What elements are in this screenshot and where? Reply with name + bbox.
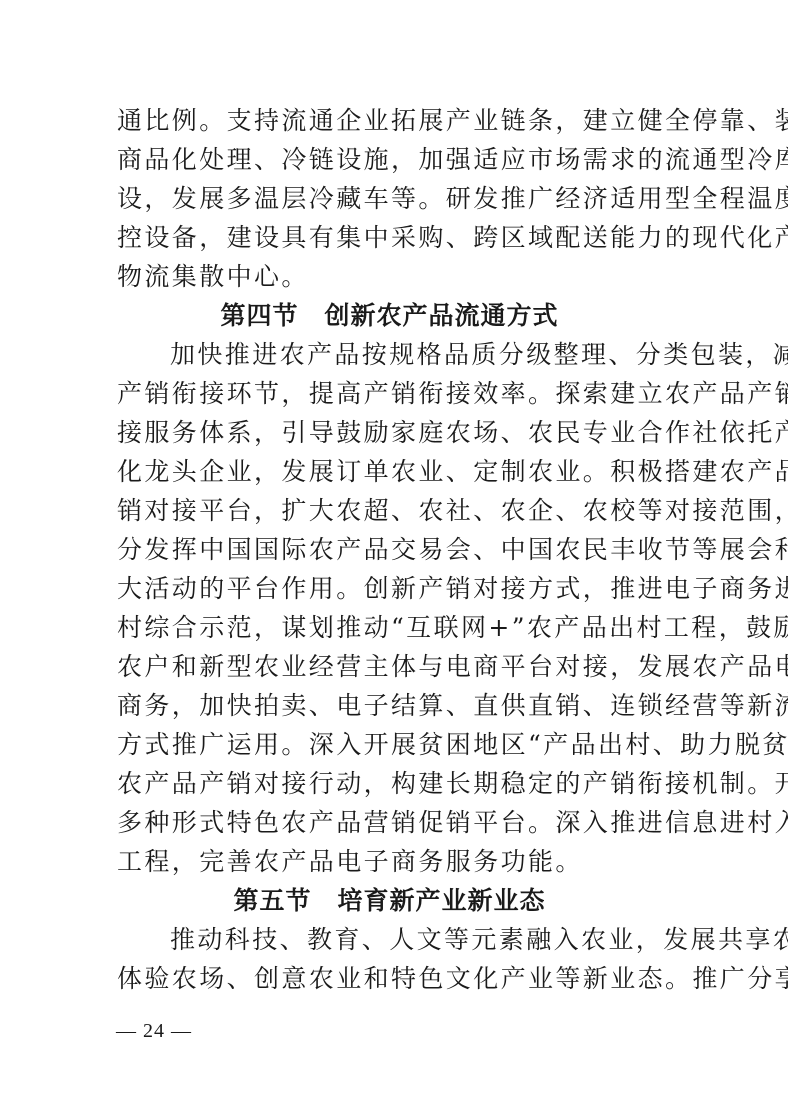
text-line: 加快推进农产品按规格品质分级整理、分类包装，减少 — [117, 335, 662, 374]
text-line: 产销衔接环节，提高产销衔接效率。探索建立农产品产销对 — [117, 374, 662, 413]
text-line: 化龙头企业，发展订单农业、定制农业。积极搭建农产品产 — [117, 452, 662, 491]
text-line: 销对接平台，扩大农超、农社、农企、农校等对接范围，充 — [117, 491, 662, 530]
text-line: 控设备，建设具有集中采购、跨区域配送能力的现代化产地 — [117, 218, 662, 257]
text-line: 物流集散中心。 — [117, 257, 662, 296]
text-line: 推动科技、教育、人文等元素融入农业，发展共享农庄、 — [117, 920, 662, 959]
text-line: 村综合示范，谋划推动“互联网+”农产品出村工程，鼓励小 — [117, 608, 662, 647]
document-body: 通比例。支持流通企业拓展产业链条，建立健全停靠、装卸、 商品化处理、冷链设施，加… — [117, 101, 662, 998]
text-line: 方式推广运用。深入开展贫困地区“产品出村、助力脱贫” — [117, 725, 662, 764]
page-number: — 24 — — [116, 1020, 192, 1043]
section-title: 创新农产品流通方式 — [325, 301, 559, 330]
text-line: 商品化处理、冷链设施，加强适应市场需求的流通型冷库建 — [117, 140, 662, 179]
text-line: 通比例。支持流通企业拓展产业链条，建立健全停靠、装卸、 — [117, 101, 662, 140]
paragraph-new-industries: 推动科技、教育、人文等元素融入农业，发展共享农庄、 体验农场、创意农业和特色文化… — [117, 920, 662, 998]
section-heading-4: 第四节创新农产品流通方式 — [117, 296, 662, 335]
text-line: 设，发展多温层冷藏车等。研发推广经济适用型全程温度监 — [117, 179, 662, 218]
text-line: 农户和新型农业经营主体与电商平台对接，发展农产品电子 — [117, 647, 662, 686]
text-line: 大活动的平台作用。创新产销对接方式，推进电子商务进农 — [117, 569, 662, 608]
text-line: 分发挥中国国际农产品交易会、中国农民丰收节等展会和重 — [117, 530, 662, 569]
paragraph-cold-chain: 通比例。支持流通企业拓展产业链条，建立健全停靠、装卸、 商品化处理、冷链设施，加… — [117, 101, 662, 296]
section-number: 第五节 — [233, 886, 311, 915]
paragraph-innovate-circulation: 加快推进农产品按规格品质分级整理、分类包装，减少 产销衔接环节，提高产销衔接效率… — [117, 335, 662, 881]
section-heading-5: 第五节培育新产业新业态 — [117, 881, 662, 920]
text-line: 工程，完善农产品电子商务服务功能。 — [117, 842, 662, 881]
text-line: 农产品产销对接行动，构建长期稳定的产销衔接机制。开发 — [117, 764, 662, 803]
section-title: 培育新产业新业态 — [338, 886, 546, 915]
text-line: 商务，加快拍卖、电子结算、直供直销、连锁经营等新流通 — [117, 686, 662, 725]
text-line: 接服务体系，引导鼓励家庭农场、农民专业合作社依托产业 — [117, 413, 662, 452]
text-line: 多种形式特色农产品营销促销平台。深入推进信息进村入户 — [117, 803, 662, 842]
text-line: 体验农场、创意农业和特色文化产业等新业态。推广分享农 — [117, 959, 662, 998]
section-number: 第四节 — [220, 301, 298, 330]
